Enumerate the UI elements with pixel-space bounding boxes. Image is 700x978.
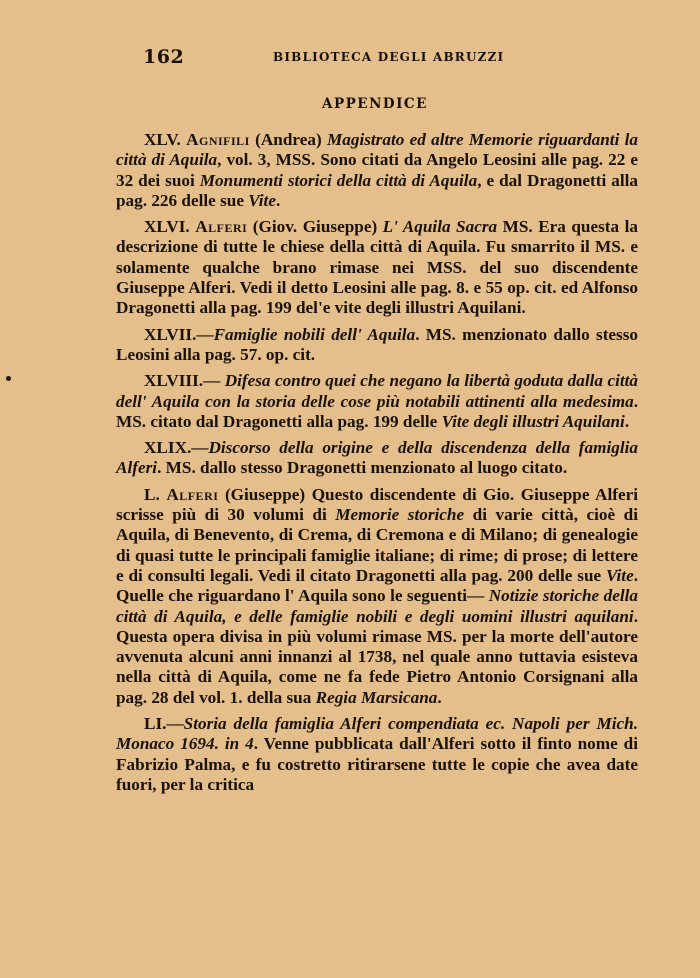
margin-mark: [6, 376, 11, 381]
entry-title: Vite degli illustri Aquilani: [442, 412, 625, 431]
entry-l: L. Alferi (Giuseppe) Questo discendente …: [116, 485, 638, 708]
entry-title: Famiglie nobili dell' Aquila: [214, 325, 416, 344]
running-title: BIBLIOTECA DEGLI ABRUZZI: [273, 50, 504, 64]
book-page: 162 BIBLIOTECA DEGLI ABRUZZI APPENDICE X…: [0, 0, 700, 978]
body-text: XLV. Agnifili (Andrea) Magistrato ed alt…: [116, 130, 638, 801]
entry-xlviii: XLVIII.— Difesa contro quei che negano l…: [116, 371, 638, 432]
entry-author: Alferi: [195, 217, 247, 236]
entry-number: LI.—: [144, 714, 184, 733]
entry-text: (Andrea): [250, 130, 327, 149]
entry-title: Regia Marsicana: [316, 688, 438, 707]
entry-title: Monumenti storici della città di Aquila: [200, 171, 477, 190]
entry-text: (Giov. Giuseppe): [247, 217, 382, 236]
entry-author: Agnifili: [186, 130, 250, 149]
entry-author: Alferi: [166, 485, 218, 504]
entry-xlix: XLIX.—Discorso della origine e della dis…: [116, 438, 638, 479]
entry-title: Vite: [606, 566, 634, 585]
running-head: 162 BIBLIOTECA DEGLI ABRUZZI: [143, 46, 613, 70]
entry-xlv: XLV. Agnifili (Andrea) Magistrato ed alt…: [116, 130, 638, 211]
entry-text: .: [437, 688, 441, 707]
entry-li: LI.—Storia della famiglia Alferi compend…: [116, 714, 638, 795]
entry-text: .: [625, 412, 629, 431]
entry-xlvi: XLVI. Alferi (Giov. Giuseppe) L' Aquila …: [116, 217, 638, 318]
entry-number: XLVI.: [144, 217, 190, 236]
entry-number: XLVII.—: [144, 325, 214, 344]
section-title: APPENDICE: [0, 96, 700, 112]
entry-text: .: [276, 191, 280, 210]
entry-title: L' Aquila Sacra: [383, 217, 497, 236]
entry-title: Memorie storiche: [335, 505, 464, 524]
entry-text: . MS. dallo stesso Dragonetti menzionato…: [157, 458, 567, 477]
page-number: 162: [143, 46, 184, 68]
entry-number: L.: [144, 485, 160, 504]
entry-number: XLVIII.—: [144, 371, 220, 390]
entry-title: Vite: [248, 191, 276, 210]
entry-number: XLV.: [144, 130, 181, 149]
entry-number: XLIX.—: [144, 438, 208, 457]
entry-xlvii: XLVII.—Famiglie nobili dell' Aquila. MS.…: [116, 325, 638, 366]
